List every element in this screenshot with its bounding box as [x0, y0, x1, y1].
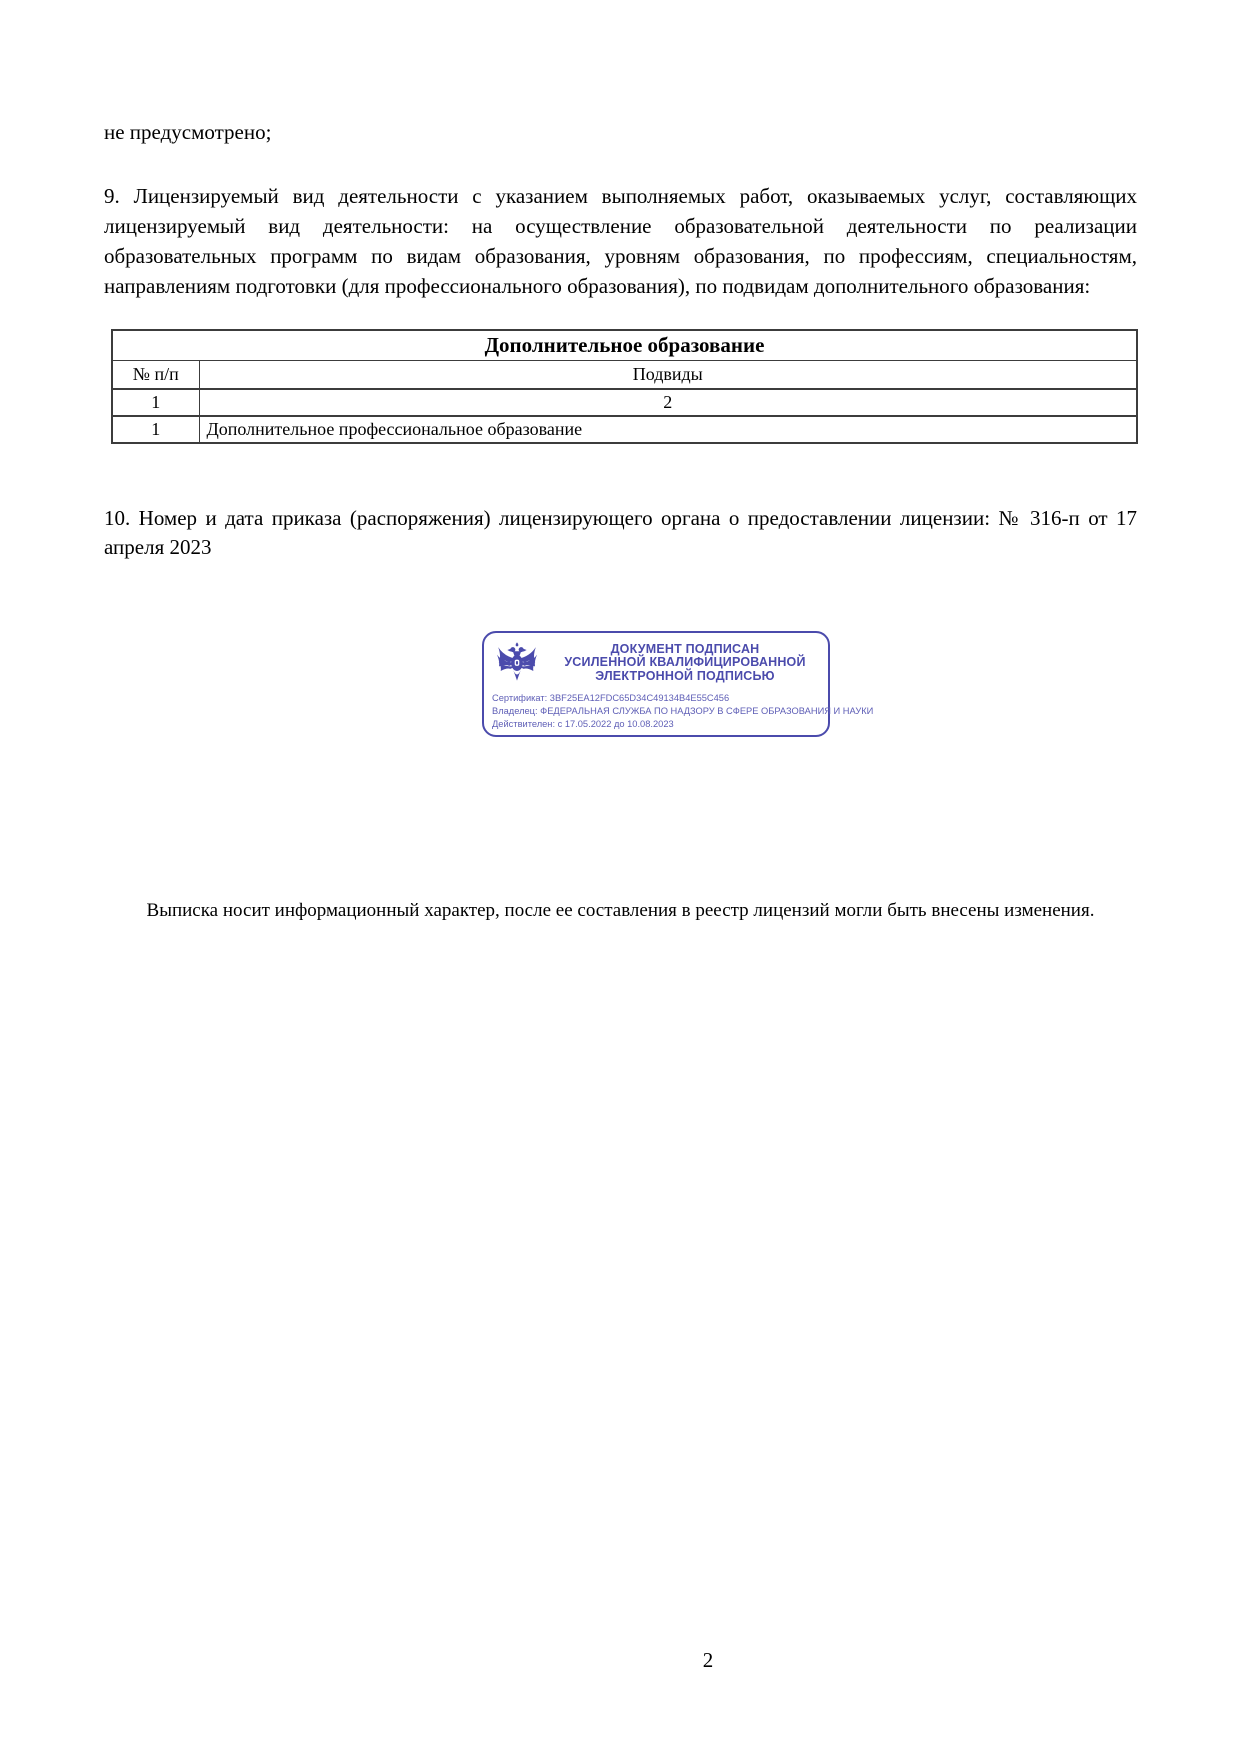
stamp-title-line3: ЭЛЕКТРОННОЙ ПОДПИСЬЮ [550, 670, 820, 684]
row-subtype-cell: Дополнительное профессиональное образова… [199, 416, 1137, 443]
electronic-signature-stamp: ДОКУМЕНТ ПОДПИСАН УСИЛЕННОЙ КВАЛИФИЦИРОВ… [482, 631, 830, 737]
coat-of-arms-icon [494, 639, 540, 687]
stamp-validity-line: Действителен: с 17.05.2022 до 10.08.2023 [492, 718, 820, 731]
stamp-title-block: ДОКУМЕНТ ПОДПИСАН УСИЛЕННОЙ КВАЛИФИЦИРОВ… [550, 643, 820, 684]
table-title-row: Дополнительное образование [112, 330, 1137, 360]
table-title: Дополнительное образование [112, 330, 1137, 360]
not-provided-line: не предусмотрено; [104, 118, 1134, 147]
stamp-title-line2: УСИЛЕННОЙ КВАЛИФИЦИРОВАННОЙ [550, 656, 820, 670]
stamp-certificate-line: Сертификат: 3BF25EA12FDC65D34C49134B4E55… [492, 692, 820, 705]
page-number: 2 [658, 1648, 758, 1673]
table-column-index-row: 1 2 [112, 389, 1137, 416]
column-header-subtypes: Подвиды [199, 360, 1137, 389]
section-10-paragraph: 10. Номер и дата приказа (распоряжения) … [104, 504, 1137, 562]
section-9-paragraph: 9. Лицензируемый вид деятельности с указ… [104, 181, 1137, 301]
informational-footnote: Выписка носит информационный характер, п… [104, 898, 1137, 924]
stamp-owner-line: Владелец: ФЕДЕРАЛЬНАЯ СЛУЖБА ПО НАДЗОРУ … [492, 705, 820, 718]
additional-education-table: Дополнительное образование № п/п Подвиды… [111, 329, 1138, 444]
column-index-num: 1 [112, 389, 199, 416]
stamp-header: ДОКУМЕНТ ПОДПИСАН УСИЛЕННОЙ КВАЛИФИЦИРОВ… [492, 639, 820, 687]
table-row: 1 Дополнительное профессиональное образо… [112, 416, 1137, 443]
row-number-cell: 1 [112, 416, 199, 443]
license-extract-page: не предусмотрено; 9. Лицензируемый вид д… [0, 0, 1241, 1755]
column-header-num: № п/п [112, 360, 199, 389]
table-header-row: № п/п Подвиды [112, 360, 1137, 389]
stamp-details: Сертификат: 3BF25EA12FDC65D34C49134B4E55… [492, 692, 820, 731]
column-index-subtypes: 2 [199, 389, 1137, 416]
